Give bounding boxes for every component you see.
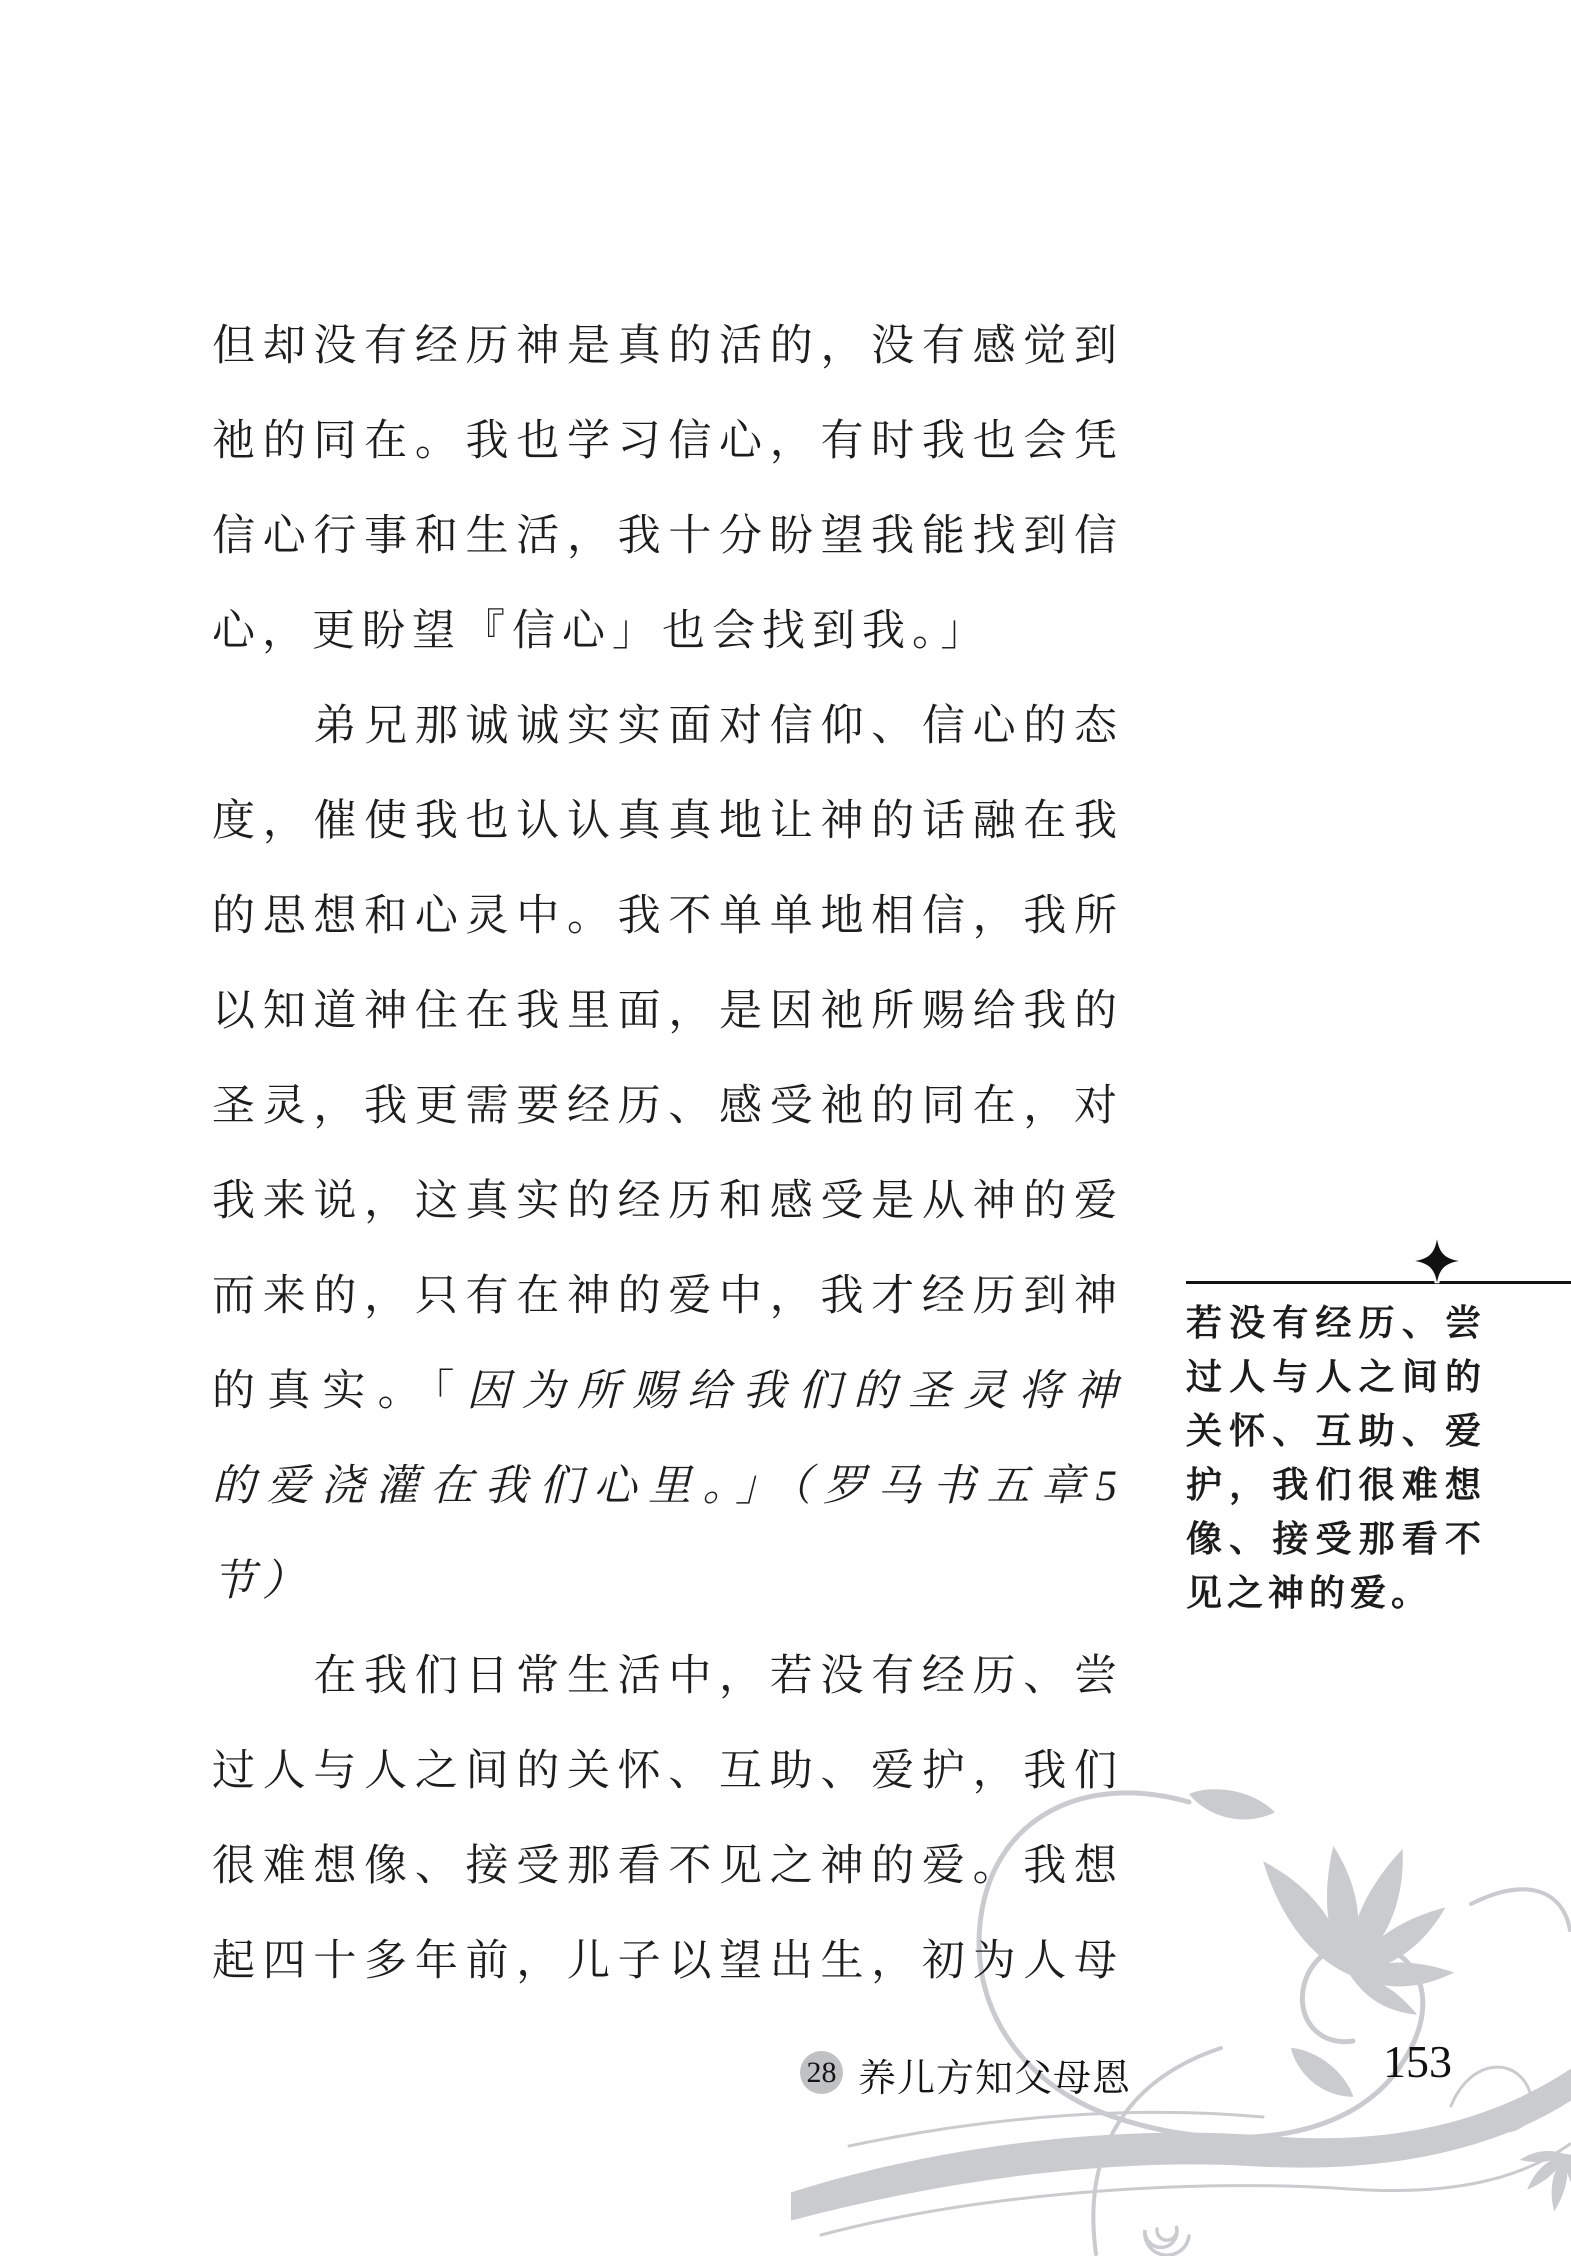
body-text-line: 但却没有经历神是真的活的，没有感觉到 (212, 299, 1124, 394)
body-text-line: 祂的同在。我也学习信心，有时我也会凭 (212, 394, 1124, 489)
scripture-quote-line: 的爱浇灌在我们心里。」（罗马书五章5 (212, 1439, 1124, 1534)
body-text-line: 的思想和心灵中。我不单单地相信，我所 (212, 869, 1124, 964)
body-text-line: 度，催使我也认认真真地让神的话融在我 (212, 774, 1124, 869)
body-text-line: 以知道神住在我里面，是因祂所赐给我的 (212, 964, 1124, 1059)
body-text-line: 在我们日常生活中，若没有经历、尝 (212, 1629, 1124, 1724)
pull-quote-divider (1186, 1281, 1571, 1284)
body-text-line: 弟兄那诚诚实实面对信仰、信心的态 (212, 679, 1124, 774)
scripture-quote-segment: 因为所赐给我们的圣灵将神 (467, 1368, 1124, 1415)
body-text-segment: 的真实。「 (212, 1368, 467, 1415)
chapter-title: 养儿方知父母恩 (858, 2047, 1131, 2102)
body-text-line: 起四十多年前，儿子以望出生，初为人母 (212, 1914, 1124, 2009)
pull-quote-line: 若没有经历、尝 (1186, 1296, 1486, 1350)
body-text-line: 过人与人之间的关怀、互助、爱护，我们 (212, 1724, 1124, 1819)
body-text-line-with-quote: 的真实。「因为所赐给我们的圣灵将神 (212, 1344, 1124, 1439)
body-text-line: 很难想像、接受那看不见之神的爱。我想 (212, 1819, 1124, 1914)
body-text-line: 圣灵，我更需要经历、感受祂的同在，对 (212, 1059, 1124, 1154)
pull-quote-line: 见之神的爱。 (1186, 1566, 1486, 1620)
body-text-column: 但却没有经历神是真的活的，没有感觉到 祂的同在。我也学习信心，有时我也会凭 信心… (212, 299, 1124, 2009)
page-number: 153 (1383, 2035, 1452, 2088)
pull-quote: 若没有经历、尝 过人与人之间的 关怀、互助、爱 护，我们很难想 像、接受那看不 … (1186, 1296, 1486, 1620)
body-text-line: 心，更盼望『信心」也会找到我。」 (212, 584, 1124, 679)
body-text-line: 我来说，这真实的经历和感受是从神的爱 (212, 1154, 1124, 1249)
body-text-line: 而来的，只有在神的爱中，我才经历到神 (212, 1249, 1124, 1344)
chapter-number-badge: 28 (800, 2051, 843, 2094)
body-text-line: 信心行事和生活，我十分盼望我能找到信 (212, 489, 1124, 584)
four-pointed-star-icon (1414, 1238, 1460, 1284)
pull-quote-line: 过人与人之间的 (1186, 1350, 1486, 1404)
pull-quote-line: 关怀、互助、爱 (1186, 1404, 1486, 1458)
pull-quote-line: 像、接受那看不 (1186, 1512, 1486, 1566)
scripture-quote-line: 节） (212, 1534, 1124, 1629)
pull-quote-line: 护，我们很难想 (1186, 1458, 1486, 1512)
